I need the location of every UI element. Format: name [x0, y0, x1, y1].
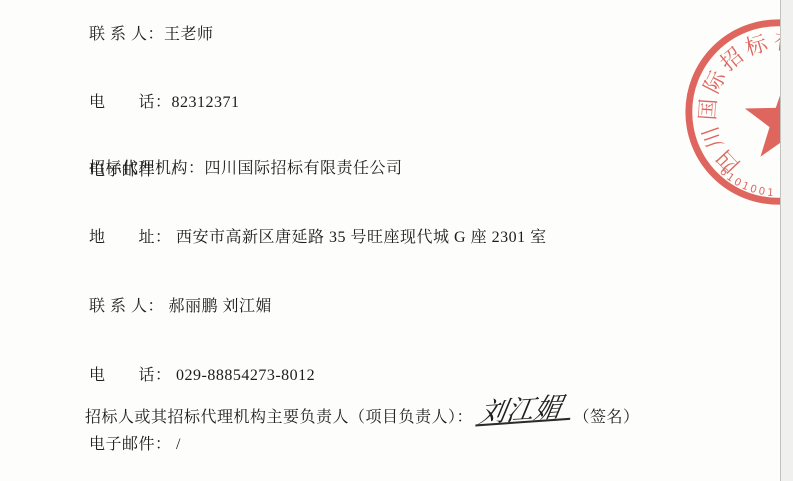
official-seal: 四川国际招标有限责任公司 6101001: [680, 14, 780, 210]
field-value: 西安市高新区唐延路 35 号旺座现代城 G 座 2301 室: [172, 229, 547, 246]
field-label: 招标代理机构：: [89, 160, 205, 177]
document-page: 联 系 人：王老师 电 话：82312371 电子邮件：/ 招标代理机构：四川国…: [0, 0, 780, 481]
field-label: 电 话：: [89, 367, 172, 384]
contact-row: 联 系 人：王老师: [62, 9, 240, 60]
agency-row: 地 址： 西安市高新区唐延路 35 号旺座现代城 G 座 2301 室: [62, 212, 547, 263]
seal-star-icon: [745, 79, 780, 157]
agency-row: 招标代理机构：四川国际招标有限责任公司: [62, 143, 547, 194]
contact-row: 电 话：82312371: [62, 77, 240, 128]
field-value: 029-88854273-8012: [172, 367, 316, 384]
field-label: 电 话：: [89, 94, 172, 111]
seal-ring: [689, 23, 780, 201]
scan-page-edge: [780, 0, 793, 481]
field-label: 联 系 人：: [89, 26, 164, 43]
handwritten-signature: 刘江媚: [475, 399, 573, 427]
field-value: 四川国际招标有限责任公司: [205, 160, 403, 177]
signature-suffix: （签名）: [574, 409, 640, 426]
agency-row: 联 系 人： 郝丽鹏 刘江媚: [62, 281, 547, 332]
field-value: 郝丽鹏 刘江媚: [164, 298, 272, 315]
field-label: 地 址：: [89, 229, 172, 246]
field-label: 联 系 人：: [89, 298, 164, 315]
signature-line: 招标人或其招标代理机构主要负责人（项目负责人）：刘江媚（签名）: [67, 386, 640, 445]
seal-ring-text: 四川国际招标有限责任公司: [696, 29, 780, 177]
field-value: 王老师: [164, 26, 214, 43]
seal-code-text: 6101001: [717, 166, 777, 200]
signature-prefix: 招标人或其招标代理机构主要负责人（项目负责人）：: [85, 409, 473, 426]
field-value: 82312371: [172, 94, 240, 111]
